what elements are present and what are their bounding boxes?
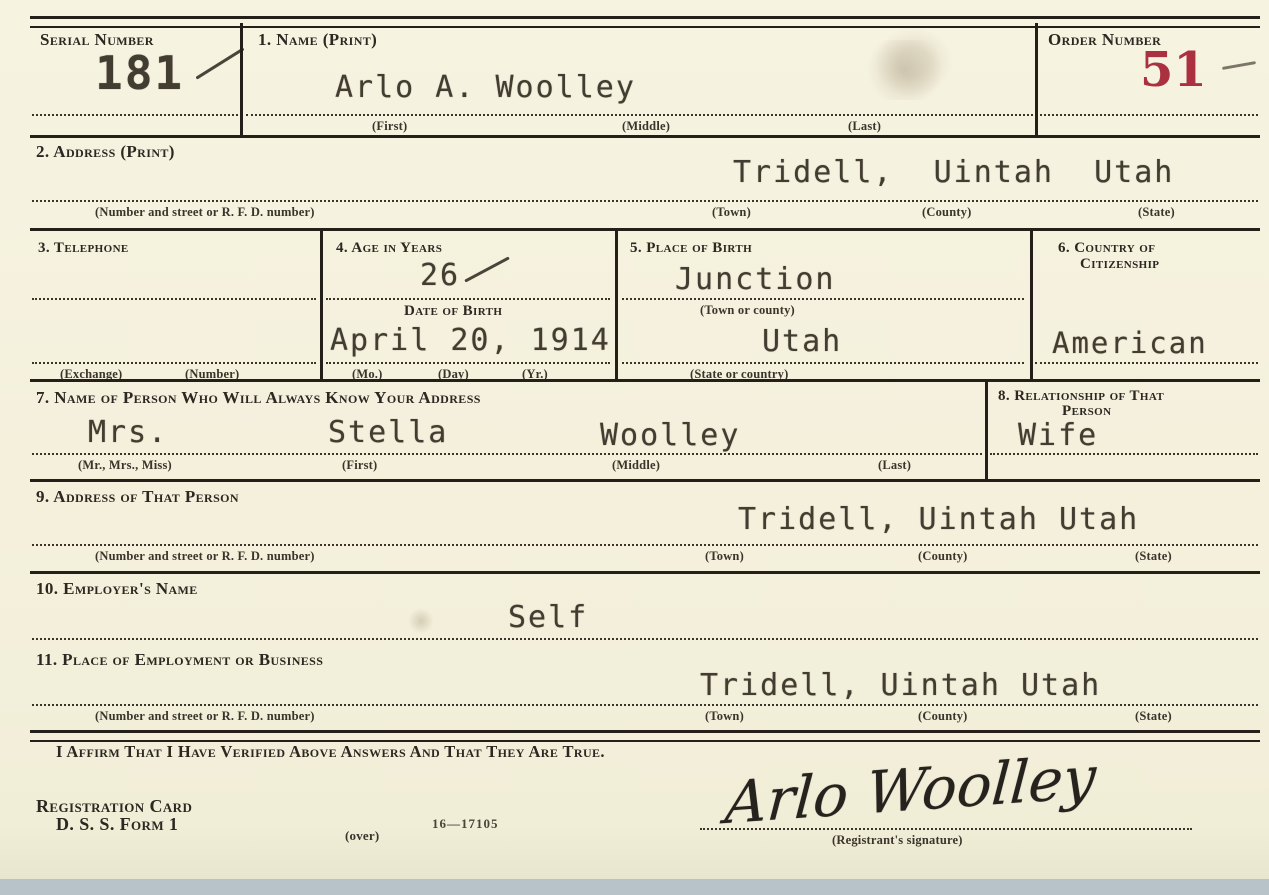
rule-row4: [30, 479, 1260, 482]
employment-label: 11. Place of Employment or Business: [36, 650, 323, 670]
contact-label: 7. Name of Person Who Will Always Know Y…: [36, 388, 481, 408]
dotted-birth-state: [622, 362, 1024, 364]
pen-slash-age: [464, 256, 510, 282]
contact-address-sub-street: (Number and street or R. F. D. number): [95, 549, 315, 564]
form-title-line2: D. S. S. Form 1: [56, 814, 178, 835]
divider-birth-citizen: [1030, 231, 1033, 379]
contact-first-value: Stella: [328, 415, 448, 450]
dob-value: April 20, 1914: [330, 323, 611, 358]
contact-sub-first: (First): [342, 458, 377, 473]
contact-sub-middle: (Middle): [612, 458, 660, 473]
employment-sub-state: (State): [1135, 709, 1172, 724]
contact-address-value: Tridell, Uintah Utah: [738, 502, 1139, 537]
contact-middle-value: Woolley: [600, 418, 740, 453]
telephone-label: 3. Telephone: [38, 240, 129, 257]
address-label: 2. Address (Print): [36, 142, 175, 162]
affirmation-text: I Affirm That I Have Verified Above Answ…: [56, 742, 605, 762]
dotted-order: [1040, 114, 1258, 116]
rule-row1: [30, 135, 1260, 138]
address-sub-town: (Town): [712, 205, 751, 220]
age-label: 4. Age in Years: [336, 240, 442, 257]
employment-sub-county: (County): [918, 709, 968, 724]
top-rule: [30, 16, 1260, 28]
dotted-contact-address: [32, 544, 1258, 546]
pen-slash-serial: [195, 47, 244, 79]
employer-value: Self: [508, 600, 588, 635]
name-sub-first: (First): [372, 119, 407, 134]
employment-value: Tridell, Uintah Utah: [700, 668, 1101, 703]
contact-address-label: 9. Address of That Person: [36, 487, 239, 507]
birth-label: 5. Place of Birth: [630, 240, 752, 257]
dotted-name: [246, 114, 1033, 116]
relationship-value: Wife: [1018, 418, 1098, 453]
contact-address-sub-state: (State): [1135, 549, 1172, 564]
dotted-employer: [32, 638, 1258, 640]
dotted-signature: [700, 828, 1192, 830]
birth-town-sub: (Town or county): [700, 303, 795, 318]
citizenship-value: American: [1052, 326, 1208, 360]
dotted-contact: [32, 453, 982, 455]
dotted-relationship: [990, 453, 1258, 455]
address-sub-county: (County): [922, 205, 972, 220]
dotted-address: [32, 200, 1258, 202]
citizenship-label-line2: Citizenship: [1080, 256, 1159, 273]
address-sub-state: (State): [1138, 205, 1175, 220]
ink-smudge: [408, 608, 434, 634]
age-value: 26: [420, 258, 460, 293]
pen-dash-order: [1222, 61, 1256, 70]
serial-number-value: 181: [95, 46, 184, 100]
address-value: Tridell, Uintah Utah: [733, 155, 1174, 190]
name-sub-last: (Last): [848, 119, 881, 134]
employment-sub-street: (Number and street or R. F. D. number): [95, 709, 315, 724]
name-value: Arlo A. Woolley: [335, 70, 636, 105]
birth-town-value: Junction: [675, 262, 836, 297]
contact-address-sub-county: (County): [918, 549, 968, 564]
rule-row7: [30, 730, 1260, 742]
divider-contact-relationship: [985, 382, 988, 479]
bottom-strip: [0, 879, 1269, 895]
contact-address-sub-town: (Town): [705, 549, 744, 564]
dotted-citizenship: [1035, 362, 1258, 364]
divider-tel-age: [320, 231, 323, 379]
dotted-telephone-2: [32, 362, 316, 364]
rule-row2: [30, 228, 1260, 231]
dotted-dob: [326, 362, 610, 364]
over-label: (over): [345, 828, 379, 844]
dotted-birth-town: [622, 298, 1024, 300]
contact-sub-title: (Mr., Mrs., Miss): [78, 458, 172, 473]
divider-age-birth: [615, 231, 618, 379]
contact-sub-last: (Last): [878, 458, 911, 473]
registration-card: Serial Number 181 1. Name (Print) Arlo A…: [0, 0, 1269, 895]
citizenship-label-line1: 6. Country of: [1058, 240, 1155, 257]
order-number-value: 51: [1140, 42, 1207, 98]
name-label: 1. Name (Print): [258, 30, 377, 50]
dotted-serial: [32, 114, 238, 116]
dotted-telephone-1: [32, 298, 316, 300]
dob-label: Date of Birth: [404, 303, 502, 320]
divider-serial-name: [240, 23, 243, 135]
dotted-employment: [32, 704, 1258, 706]
signature-sub-label: (Registrant's signature): [832, 833, 963, 848]
print-code: 16—17105: [432, 816, 499, 832]
name-sub-middle: (Middle): [622, 119, 670, 134]
employer-label: 10. Employer's Name: [36, 579, 198, 599]
dotted-age: [326, 298, 610, 300]
rule-row5: [30, 571, 1260, 574]
rule-row3: [30, 379, 1260, 382]
employment-sub-town: (Town): [705, 709, 744, 724]
address-sub-street: (Number and street or R. F. D. number): [95, 205, 315, 220]
paper-smudge: [860, 40, 950, 100]
divider-name-order: [1035, 23, 1038, 135]
registrant-signature: Arlo Woolley: [723, 743, 1098, 837]
contact-title-value: Mrs.: [88, 415, 168, 450]
birth-state-value: Utah: [762, 324, 842, 359]
